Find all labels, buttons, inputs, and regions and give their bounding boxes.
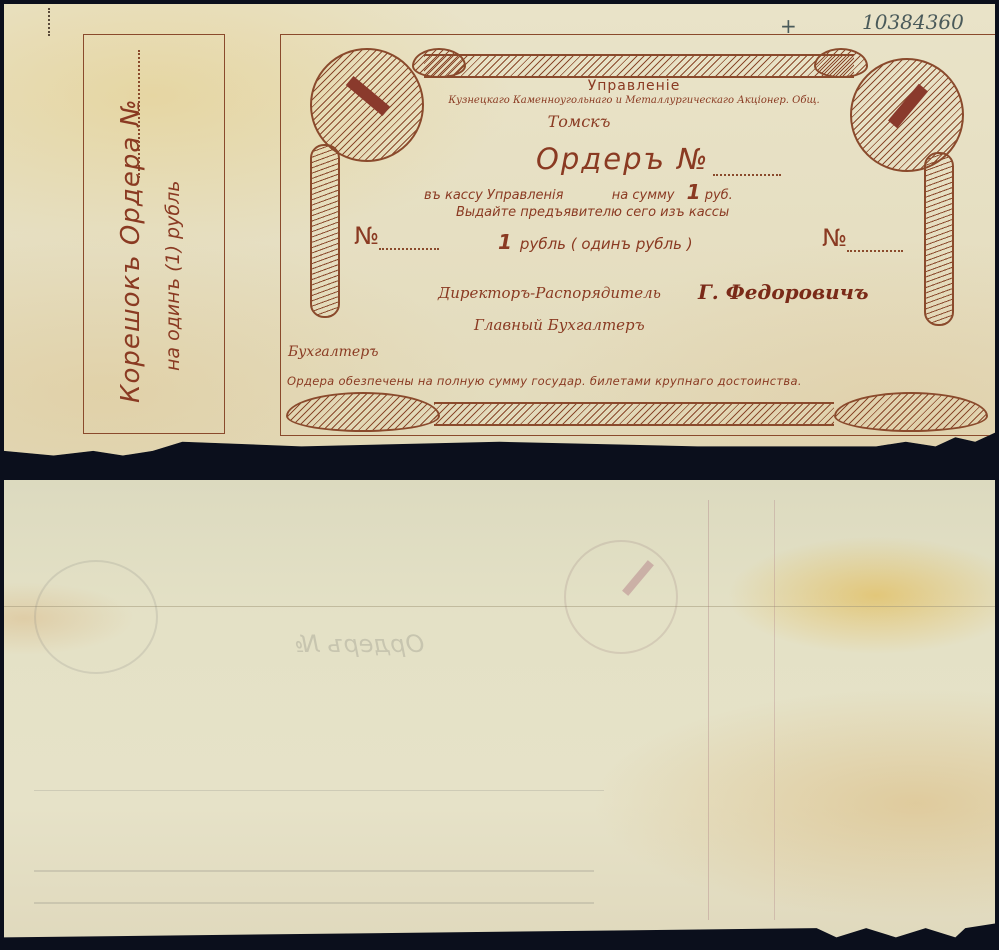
director-signature: Г. Федоровичъ <box>698 280 869 304</box>
show-through-frame-line <box>708 500 709 920</box>
order-stub: Корешокъ Ордера № на одинъ (1) рубль <box>83 34 225 434</box>
stub-number-line <box>138 50 140 178</box>
right-number-field: № <box>822 224 903 252</box>
body-line1: въ кассу Управленія на сумму 1 руб. <box>424 180 733 204</box>
header-city: Томскъ <box>524 112 634 131</box>
chief-accountant-title: Главный Бухгалтеръ <box>474 316 645 334</box>
inventory-number-suffix: 360 <box>926 10 964 34</box>
right-number-label: № <box>822 224 847 252</box>
banknote-back: Ордеръ № <box>4 480 995 942</box>
left-pillar-ornament <box>310 144 340 318</box>
inventory-number: 10384360 <box>862 10 964 34</box>
left-number-label: № <box>354 222 379 250</box>
left-number-blank <box>379 248 439 250</box>
denomination-numeral-right <box>888 84 928 128</box>
pencil-mark <box>48 8 52 36</box>
order-number-blank <box>713 174 781 176</box>
body-line1-left: въ кассу Управленія <box>424 188 563 203</box>
amount-words: рубль ( одинъ рубль ) <box>520 235 693 253</box>
stub-rotated-text: Корешокъ Ордера № на одинъ (1) рубль <box>84 35 224 433</box>
bottom-ornament-band <box>434 402 834 426</box>
top-ornament-band <box>424 54 854 78</box>
top-right-scroll-ornament <box>814 48 868 78</box>
amount-numeral: 1 <box>498 230 512 254</box>
right-pillar-ornament <box>924 152 954 326</box>
guarantee-text: Ордера обезпечены на полную сумму госуда… <box>287 374 802 388</box>
header-line1: Управленіе <box>484 78 784 94</box>
ghost-line <box>34 790 604 791</box>
ghost-rosette-right <box>34 560 158 674</box>
banknote-front: 10384360 + Корешокъ Ордера № на одинъ (1… <box>4 4 995 460</box>
order-title: Ордеръ № <box>536 142 781 176</box>
order-title-text: Ордеръ № <box>536 142 709 176</box>
ghost-rosette <box>564 540 678 654</box>
bottom-right-scroll-ornament <box>834 392 988 432</box>
bottom-left-scroll-ornament <box>286 392 440 432</box>
body-line1-unit: руб. <box>705 188 733 203</box>
body-line2: Выдайте предъявителю сего изъ кассы <box>456 205 729 220</box>
left-number-field: № <box>354 222 439 250</box>
show-through-frame-line-2 <box>774 500 775 920</box>
stub-title: Корешокъ Ордера № <box>116 98 146 403</box>
director-title: Директоръ-Распорядитель <box>438 284 661 302</box>
ghost-order-title: Ордеръ № <box>294 630 424 658</box>
right-number-blank <box>847 250 903 252</box>
amount-line: 1рубль ( одинъ рубль ) <box>498 230 693 254</box>
stub-amount: на одинъ (1) рубль <box>162 181 184 371</box>
body-line1-amount: 1 <box>687 180 701 204</box>
inventory-number-main: 10384 <box>862 10 926 34</box>
ghost-bottom-band <box>34 870 594 904</box>
header-company: Кузнецкаго Каменноугольнаго и Металлурги… <box>424 95 844 106</box>
accountant-title: Бухгалтеръ <box>288 344 379 360</box>
top-left-scroll-ornament <box>412 48 466 78</box>
denomination-numeral-left <box>346 76 390 116</box>
body-line1-right: на сумму <box>612 188 675 203</box>
